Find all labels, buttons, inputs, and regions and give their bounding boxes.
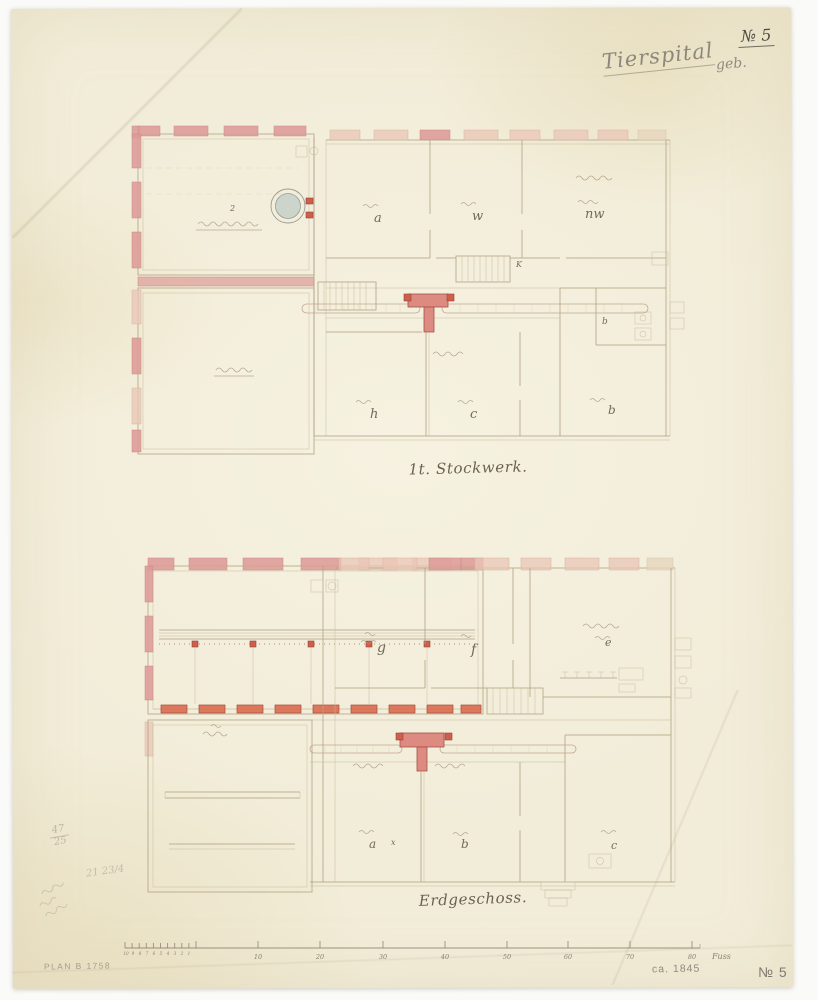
- svg-text:5: 5: [160, 951, 163, 956]
- svg-text:6: 6: [153, 951, 156, 956]
- room-label: w: [472, 209, 483, 224]
- scale-subdivision-labels: 10 9 8 7 6 5 4 3 2 1: [123, 951, 190, 956]
- margin-fraction-note: 47 25: [48, 824, 70, 849]
- room-label: 2: [229, 204, 235, 213]
- svg-text:40: 40: [440, 953, 449, 961]
- margin-scribbles: [34, 884, 98, 924]
- svg-text:60: 60: [564, 953, 572, 961]
- room-label: a: [369, 837, 376, 851]
- scale-unit-label: Fuss: [711, 952, 731, 961]
- svg-text:3: 3: [174, 951, 177, 956]
- svg-text:9: 9: [132, 951, 135, 956]
- scale-bar: 10 9 8 7 6 5 4 3 2 1 10 20 30 40 50 60 7…: [120, 934, 740, 974]
- room-label: c: [470, 407, 478, 422]
- lower-plan-walls: [145, 558, 691, 906]
- room-label: b: [602, 317, 608, 327]
- upper-floor-plan-drawing: a w nw h c b b K 2: [130, 118, 686, 470]
- svg-text:4: 4: [166, 951, 170, 956]
- scanned-plan-scene: № 5 Tierspital geb.: [0, 0, 818, 1000]
- svg-text:50: 50: [503, 953, 511, 961]
- svg-text:30: 30: [379, 953, 387, 961]
- svg-text:70: 70: [626, 953, 634, 961]
- lower-floor-plan-drawing: g f e a x b c: [145, 552, 701, 908]
- svg-text:8: 8: [139, 951, 142, 956]
- room-label: b: [461, 837, 469, 851]
- sheet-number-note: № 5: [737, 25, 774, 48]
- svg-text:80: 80: [688, 953, 696, 961]
- room-label: a: [374, 211, 382, 226]
- room-label: e: [605, 636, 612, 649]
- svg-text:10: 10: [123, 951, 129, 956]
- svg-text:20: 20: [315, 953, 324, 961]
- room-label: x: [391, 838, 396, 847]
- fraction-denominator: 25: [53, 834, 67, 847]
- room-label: g: [377, 640, 386, 656]
- scale-major-labels: 10 20 30 40 50 60 70 80 Fuss: [254, 952, 731, 961]
- room-label: b: [608, 403, 616, 417]
- room-label: c: [611, 839, 617, 852]
- svg-text:7: 7: [146, 951, 149, 956]
- date-note: ca. 1845: [652, 963, 700, 976]
- sheet-number-stamp: № 5: [758, 964, 788, 980]
- room-label: h: [370, 407, 378, 422]
- room-label: nw: [585, 207, 605, 222]
- upper-plan-walls: [132, 126, 684, 454]
- room-label: K: [515, 260, 523, 269]
- title-suffix-handwriting: geb.: [715, 55, 747, 74]
- svg-text:2: 2: [180, 951, 184, 956]
- archive-stamp: PLAN B 1758: [44, 960, 111, 971]
- svg-text:10: 10: [254, 953, 262, 961]
- svg-text:1: 1: [188, 951, 191, 956]
